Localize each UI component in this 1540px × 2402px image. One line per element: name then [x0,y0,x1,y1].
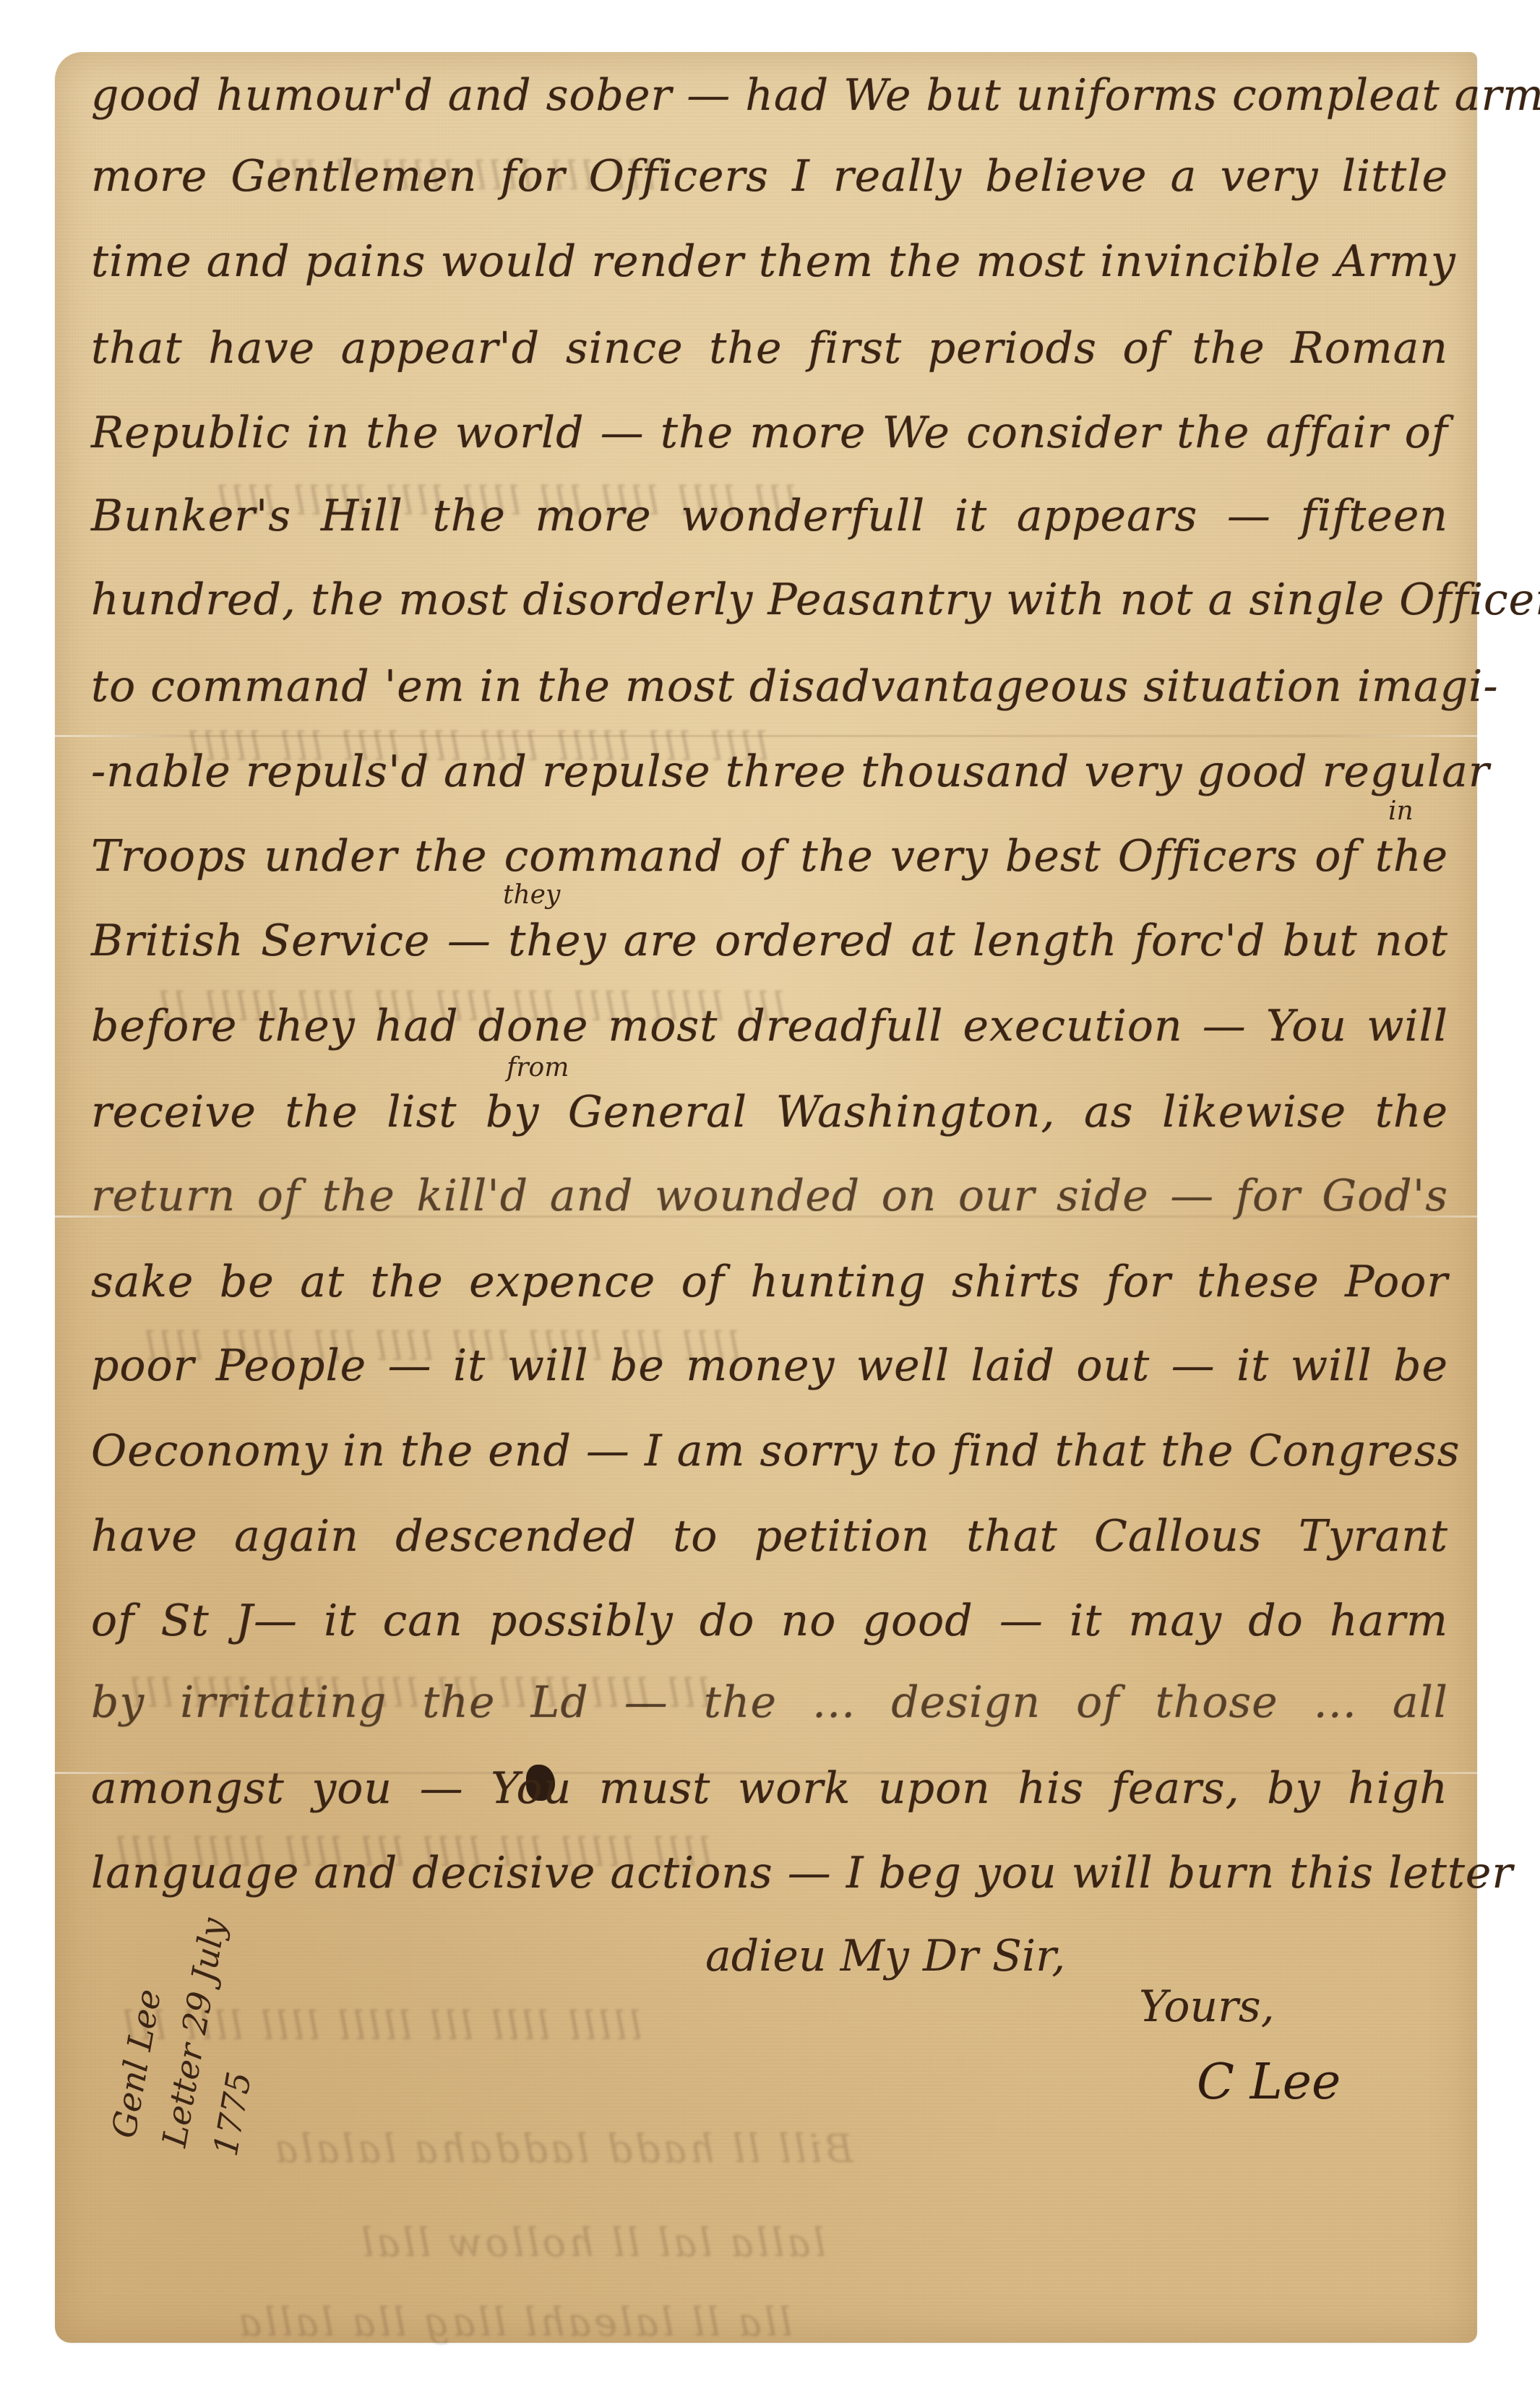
letter-line: language and decisive actions — I beg yo… [91,1851,1448,1895]
letter-line: British Service — they are ordered at le… [91,919,1448,963]
interlinear-insertion: from [507,1053,569,1082]
letter-line: have again descended to petition that Ca… [91,1515,1448,1558]
letter-line: hundred, the most disorderly Peasantry w… [91,578,1448,621]
letter-line: Troops under the command of the very bes… [91,835,1448,878]
ink-bleed-through: lalla lal ll hollow llal [358,2220,826,2265]
letter-line: Republic in the world — the more We cons… [91,411,1448,455]
letter-line: more Gentlemen for Officers I really bel… [91,155,1448,198]
interlinear-insertion: they [503,880,560,910]
letter-line: Oeconomy in the end — I am sorry to find… [91,1429,1448,1473]
signature: C Lee [1197,2054,1341,2111]
letter-sheet: llll lll llll lllll ll lll lll llll llll… [55,52,1477,2343]
letter-line: by irritating the Ld — the ... design of… [91,1681,1448,1724]
letter-line: good humour'd and sober — had We but uni… [91,74,1448,117]
letter-line: of St J— it can possibly do no good — it… [91,1599,1448,1643]
letter-line: Bunker's Hill the more wonderfull it app… [91,494,1448,538]
letter-line: return of the kill'd and wounded on our … [91,1174,1448,1218]
ink-bleed-through: Bill ll hadd laddaha lalala [272,2126,853,2171]
letter-line: before they had done most dreadfull exec… [91,1004,1448,1048]
letter-line: -nable repuls'd and repulse three thousa… [91,750,1448,793]
interlinear-insertion: in [1388,796,1414,826]
docket-annotation: Genl Lee Letter 29 July 1775 [98,1905,291,2160]
ink-bleed-through: lla ll laleahl llag lla lalla [236,2299,792,2345]
letter-line: sake be at the expence of hunting shirts… [91,1260,1448,1304]
complimentary-close: Yours, [1139,1981,1275,2032]
letter-line: time and pains would render them the mos… [91,240,1448,283]
letter-line: to command 'em in the most disadvantageo… [91,665,1448,708]
letter-line: poor People — it will be money well laid… [91,1344,1448,1387]
valediction: adieu My Dr Sir, [705,1931,1065,1981]
letter-line: that have appear'd since the first perio… [91,327,1448,370]
letter-line: receive the list by General Washington, … [91,1090,1448,1134]
letter-line: amongst you — You must work upon his fea… [91,1767,1448,1810]
